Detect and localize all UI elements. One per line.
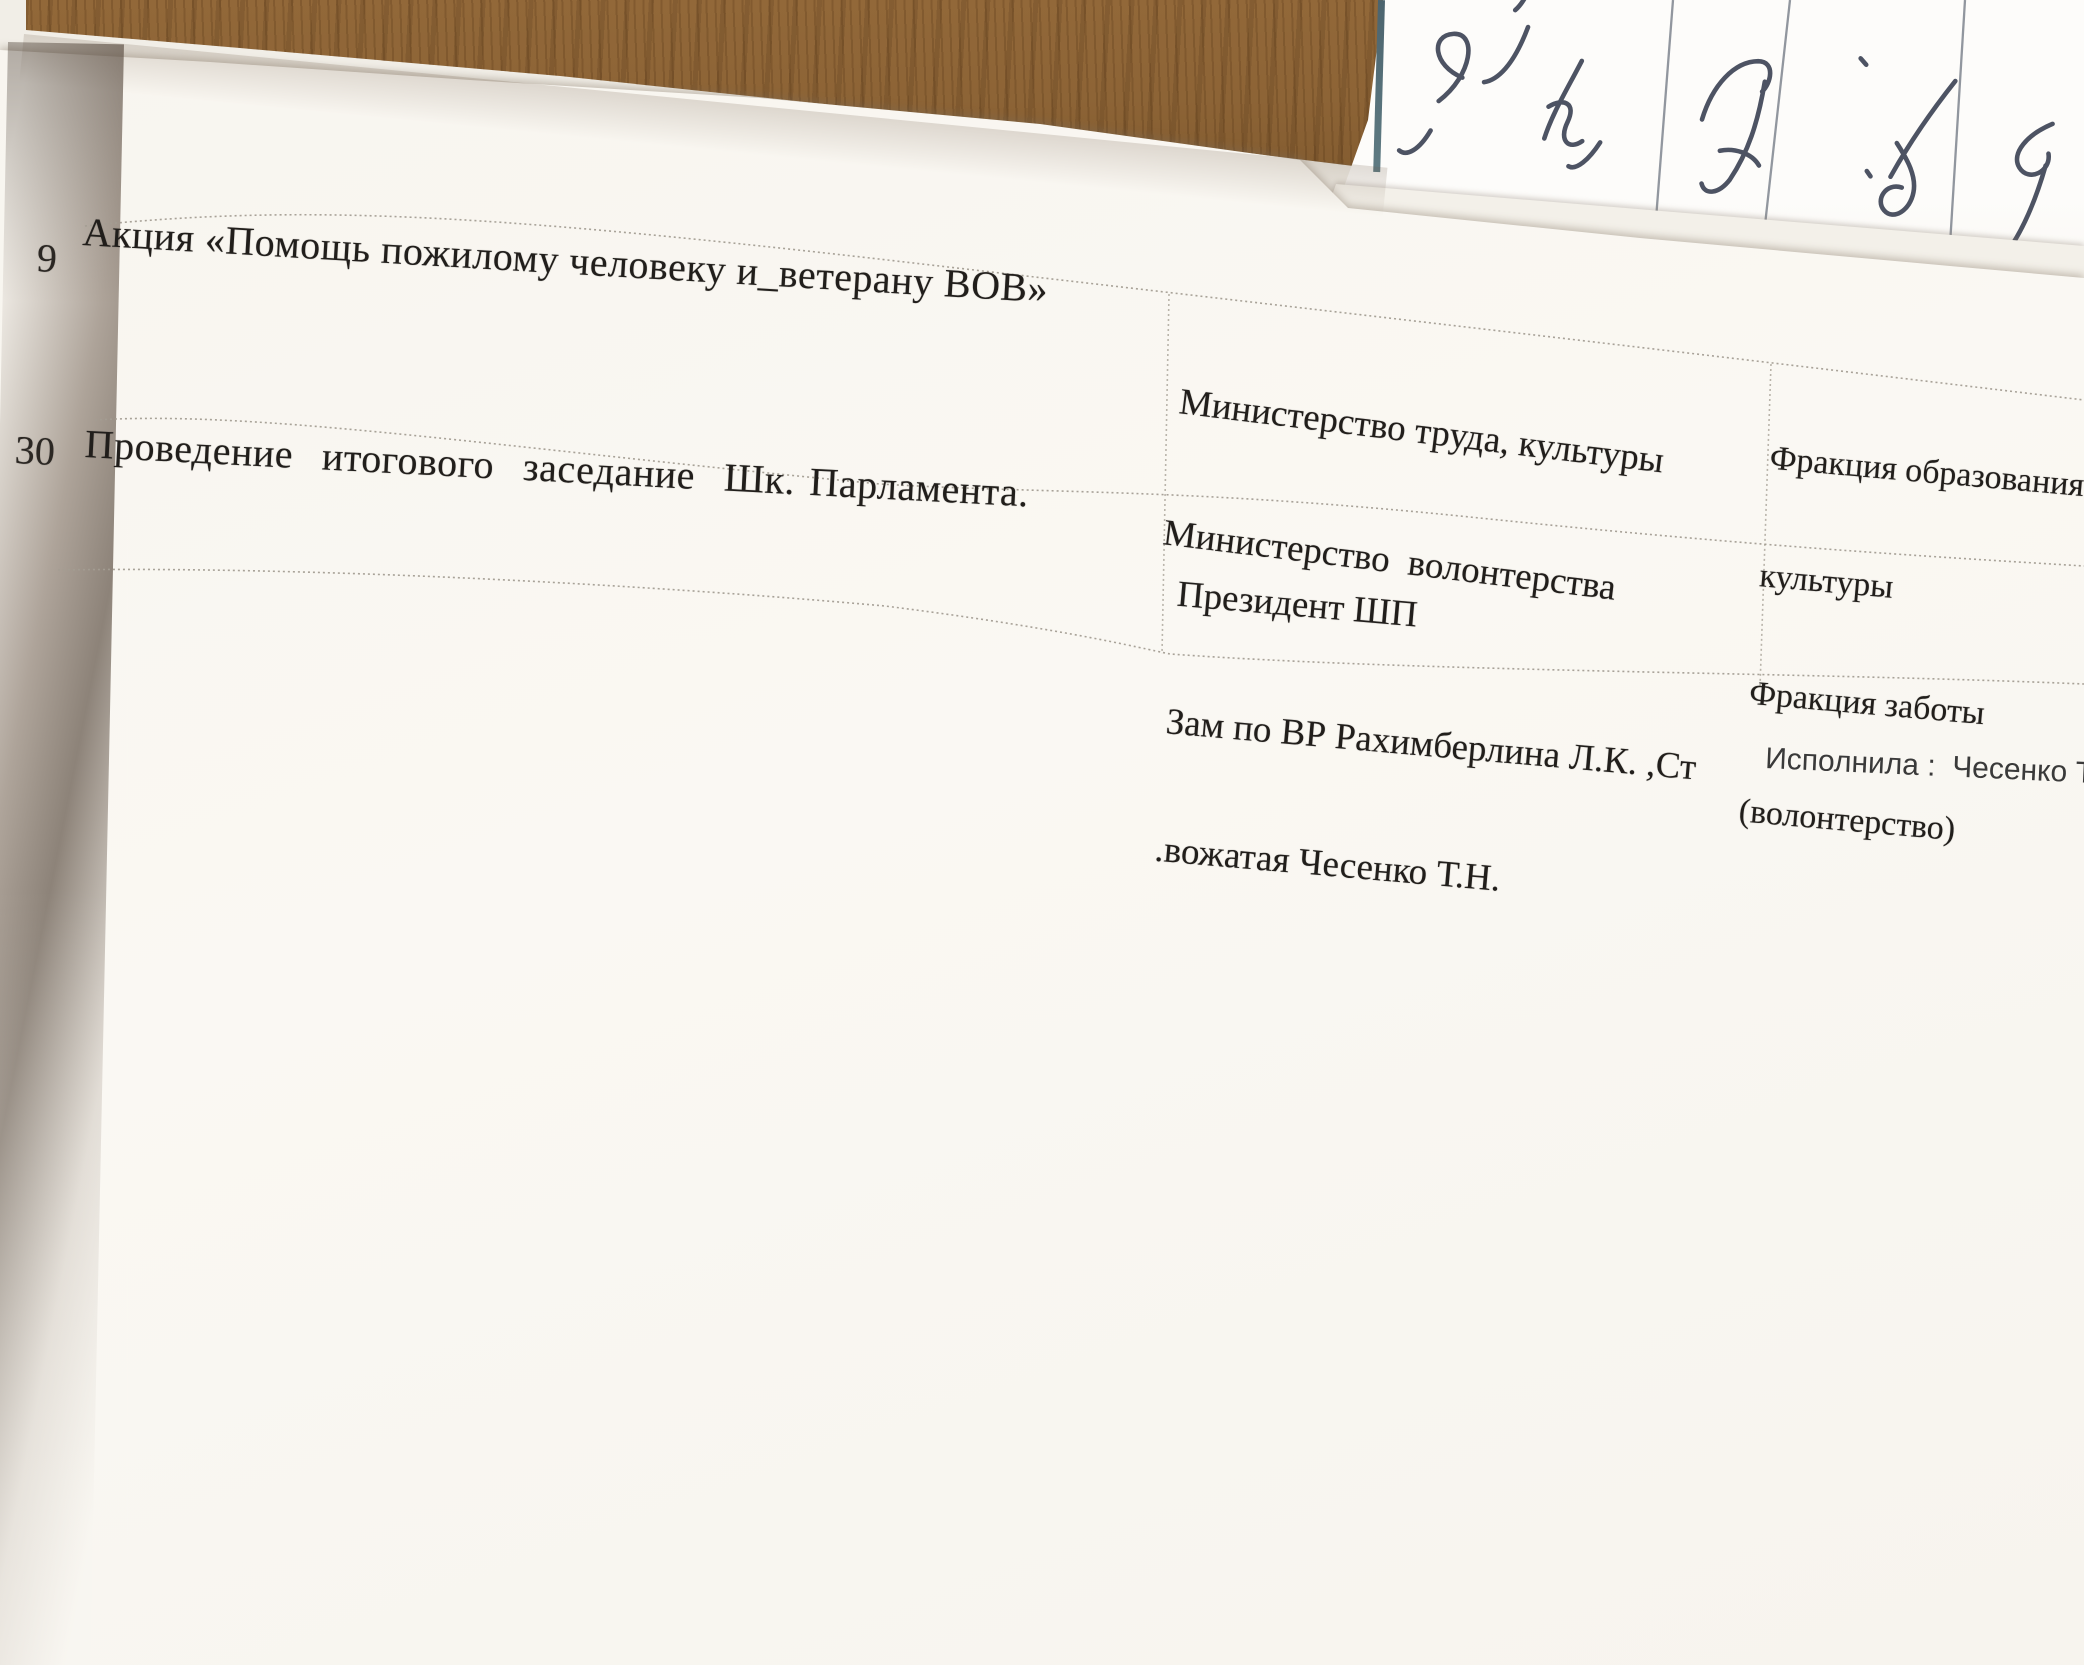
handwriting-strokes [1394, 0, 2060, 273]
responsible-cell: Президент ШП Зам по ВР Рахимберлина Л.К.… [1149, 494, 1716, 960]
responsible-line: Министерство труда, культуры [1176, 373, 1667, 490]
handwritten-sheet-marks [1310, 0, 2084, 330]
handwritten-sheet [1310, 0, 2084, 330]
responsible-line: Президент ШП [1175, 568, 1710, 668]
row-number: 9 [36, 238, 58, 279]
fraction-line: культуры [1757, 551, 2084, 631]
fraction-line: (волонтерство) [1737, 786, 2082, 866]
activity-cell: Акция «Помощь пожилому человеку и_ветера… [82, 212, 1050, 309]
responsible-line: .вожатая Чесенко Т.Н. [1153, 823, 1688, 923]
fraction-cell: Фракция образования и культуры Фракция з… [1734, 366, 2084, 900]
fraction-line: Фракция заботы [1747, 669, 2084, 749]
page-curl-shadow [0, 42, 124, 1665]
ruled-lines [1655, 0, 1965, 252]
fraction-line: Фракция образования и [1768, 434, 2084, 514]
activity-cell: Проведение итогового заседание Шк. Парла… [84, 424, 1030, 513]
row-number: 30 [14, 430, 56, 472]
responsible-line: Зам по ВР Рахимберлина Л.К. ,Ст [1164, 695, 1699, 795]
